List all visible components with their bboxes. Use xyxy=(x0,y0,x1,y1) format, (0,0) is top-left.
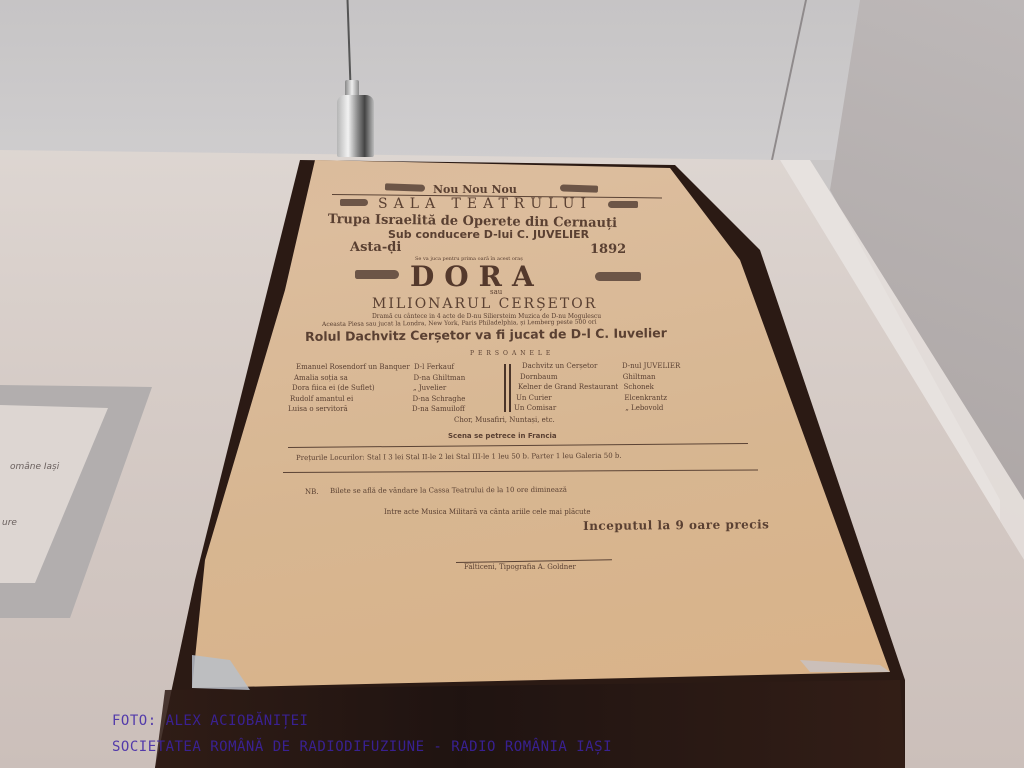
cast-role: Kelner de Grand Restaurant xyxy=(518,383,618,391)
label-card-text-1: omâne Iași xyxy=(10,462,59,472)
cast-actor: D-na Ghiltman xyxy=(414,374,466,382)
printer-line: Fălticeni, Tipografia A. Goldner xyxy=(464,563,576,571)
ticket-sale-note: Bilete se află de vândare la Cassa Teatr… xyxy=(330,486,567,495)
cast-role: Un Comisar xyxy=(514,404,556,412)
cast-role: Emanuel Rosendorf un Banquer xyxy=(296,363,410,371)
cast-actor: D-l Ferkauf xyxy=(414,363,454,371)
director-line: Sub conducere D-lui C. JUVELIER xyxy=(388,228,589,241)
today-label: Asta-ḍi xyxy=(350,240,401,255)
play-title: DORA xyxy=(410,260,544,293)
cast-actor: Elcenkrantz xyxy=(624,394,667,402)
cast-role: Un Curier xyxy=(516,394,552,402)
cast-role: Dora fiica ei (de Suflet) xyxy=(292,384,375,392)
photo-credit: FOTO: ALEX ACIOBĂNIȚEI xyxy=(112,713,308,729)
cast-role: Rudolf amantul ei xyxy=(290,395,353,403)
nb-label: NB. xyxy=(305,488,319,496)
cast-actor: Schonek xyxy=(624,383,654,391)
cast-role: Dachvitz un Cerșetor xyxy=(522,362,597,370)
column-divider xyxy=(509,364,511,412)
pointing-hand-icon xyxy=(355,270,399,279)
column-divider xyxy=(504,364,506,412)
play-subtitle: MILIONARUL CERȘETOR xyxy=(372,296,597,312)
sau-label: sau xyxy=(490,288,502,296)
cast-actor: D-nul JUVELIER xyxy=(622,362,680,370)
pendant-lamp xyxy=(337,95,374,157)
pointing-hand-icon xyxy=(560,184,598,192)
broadcaster-credit: SOCIETATEA ROMÂNĂ DE RADIODIFUZIUNE - RA… xyxy=(112,739,612,755)
cast-actor: „ Lebovold xyxy=(625,404,663,412)
cast-role: Dornbaum xyxy=(520,373,557,381)
poster-header: Nou Nou Nou xyxy=(433,183,517,196)
cast-header: PERSOANELE xyxy=(470,350,554,357)
cast-actor: D-na Schraghe xyxy=(413,395,466,403)
venue-title: SALA TEATRULUI xyxy=(378,196,592,212)
scene-note: Scena se petrece in Francia xyxy=(448,432,557,440)
label-card-text-2: ure xyxy=(2,518,17,528)
cast-actor: D-na Samuiloff xyxy=(412,405,465,413)
poster-year: 1892 xyxy=(590,242,626,257)
pointing-hand-icon xyxy=(595,272,641,281)
cast-role: Luisa o servitoră xyxy=(288,405,348,413)
cast-actor: „ Juvelier xyxy=(413,384,446,392)
cast-actor: Ghiltman xyxy=(623,373,656,381)
pointing-hand-icon xyxy=(385,183,425,191)
chorus-line: Chor, Musafiri, Nuntași, etc. xyxy=(454,416,555,424)
music-note: Intre acte Musica Militară va cânta arii… xyxy=(384,508,591,516)
pointing-hand-icon xyxy=(340,199,368,206)
cast-role: Amalia soția sa xyxy=(294,374,348,382)
pointing-hand-icon xyxy=(608,201,638,208)
start-time: Inceputul la 9 oare precis xyxy=(583,517,769,533)
